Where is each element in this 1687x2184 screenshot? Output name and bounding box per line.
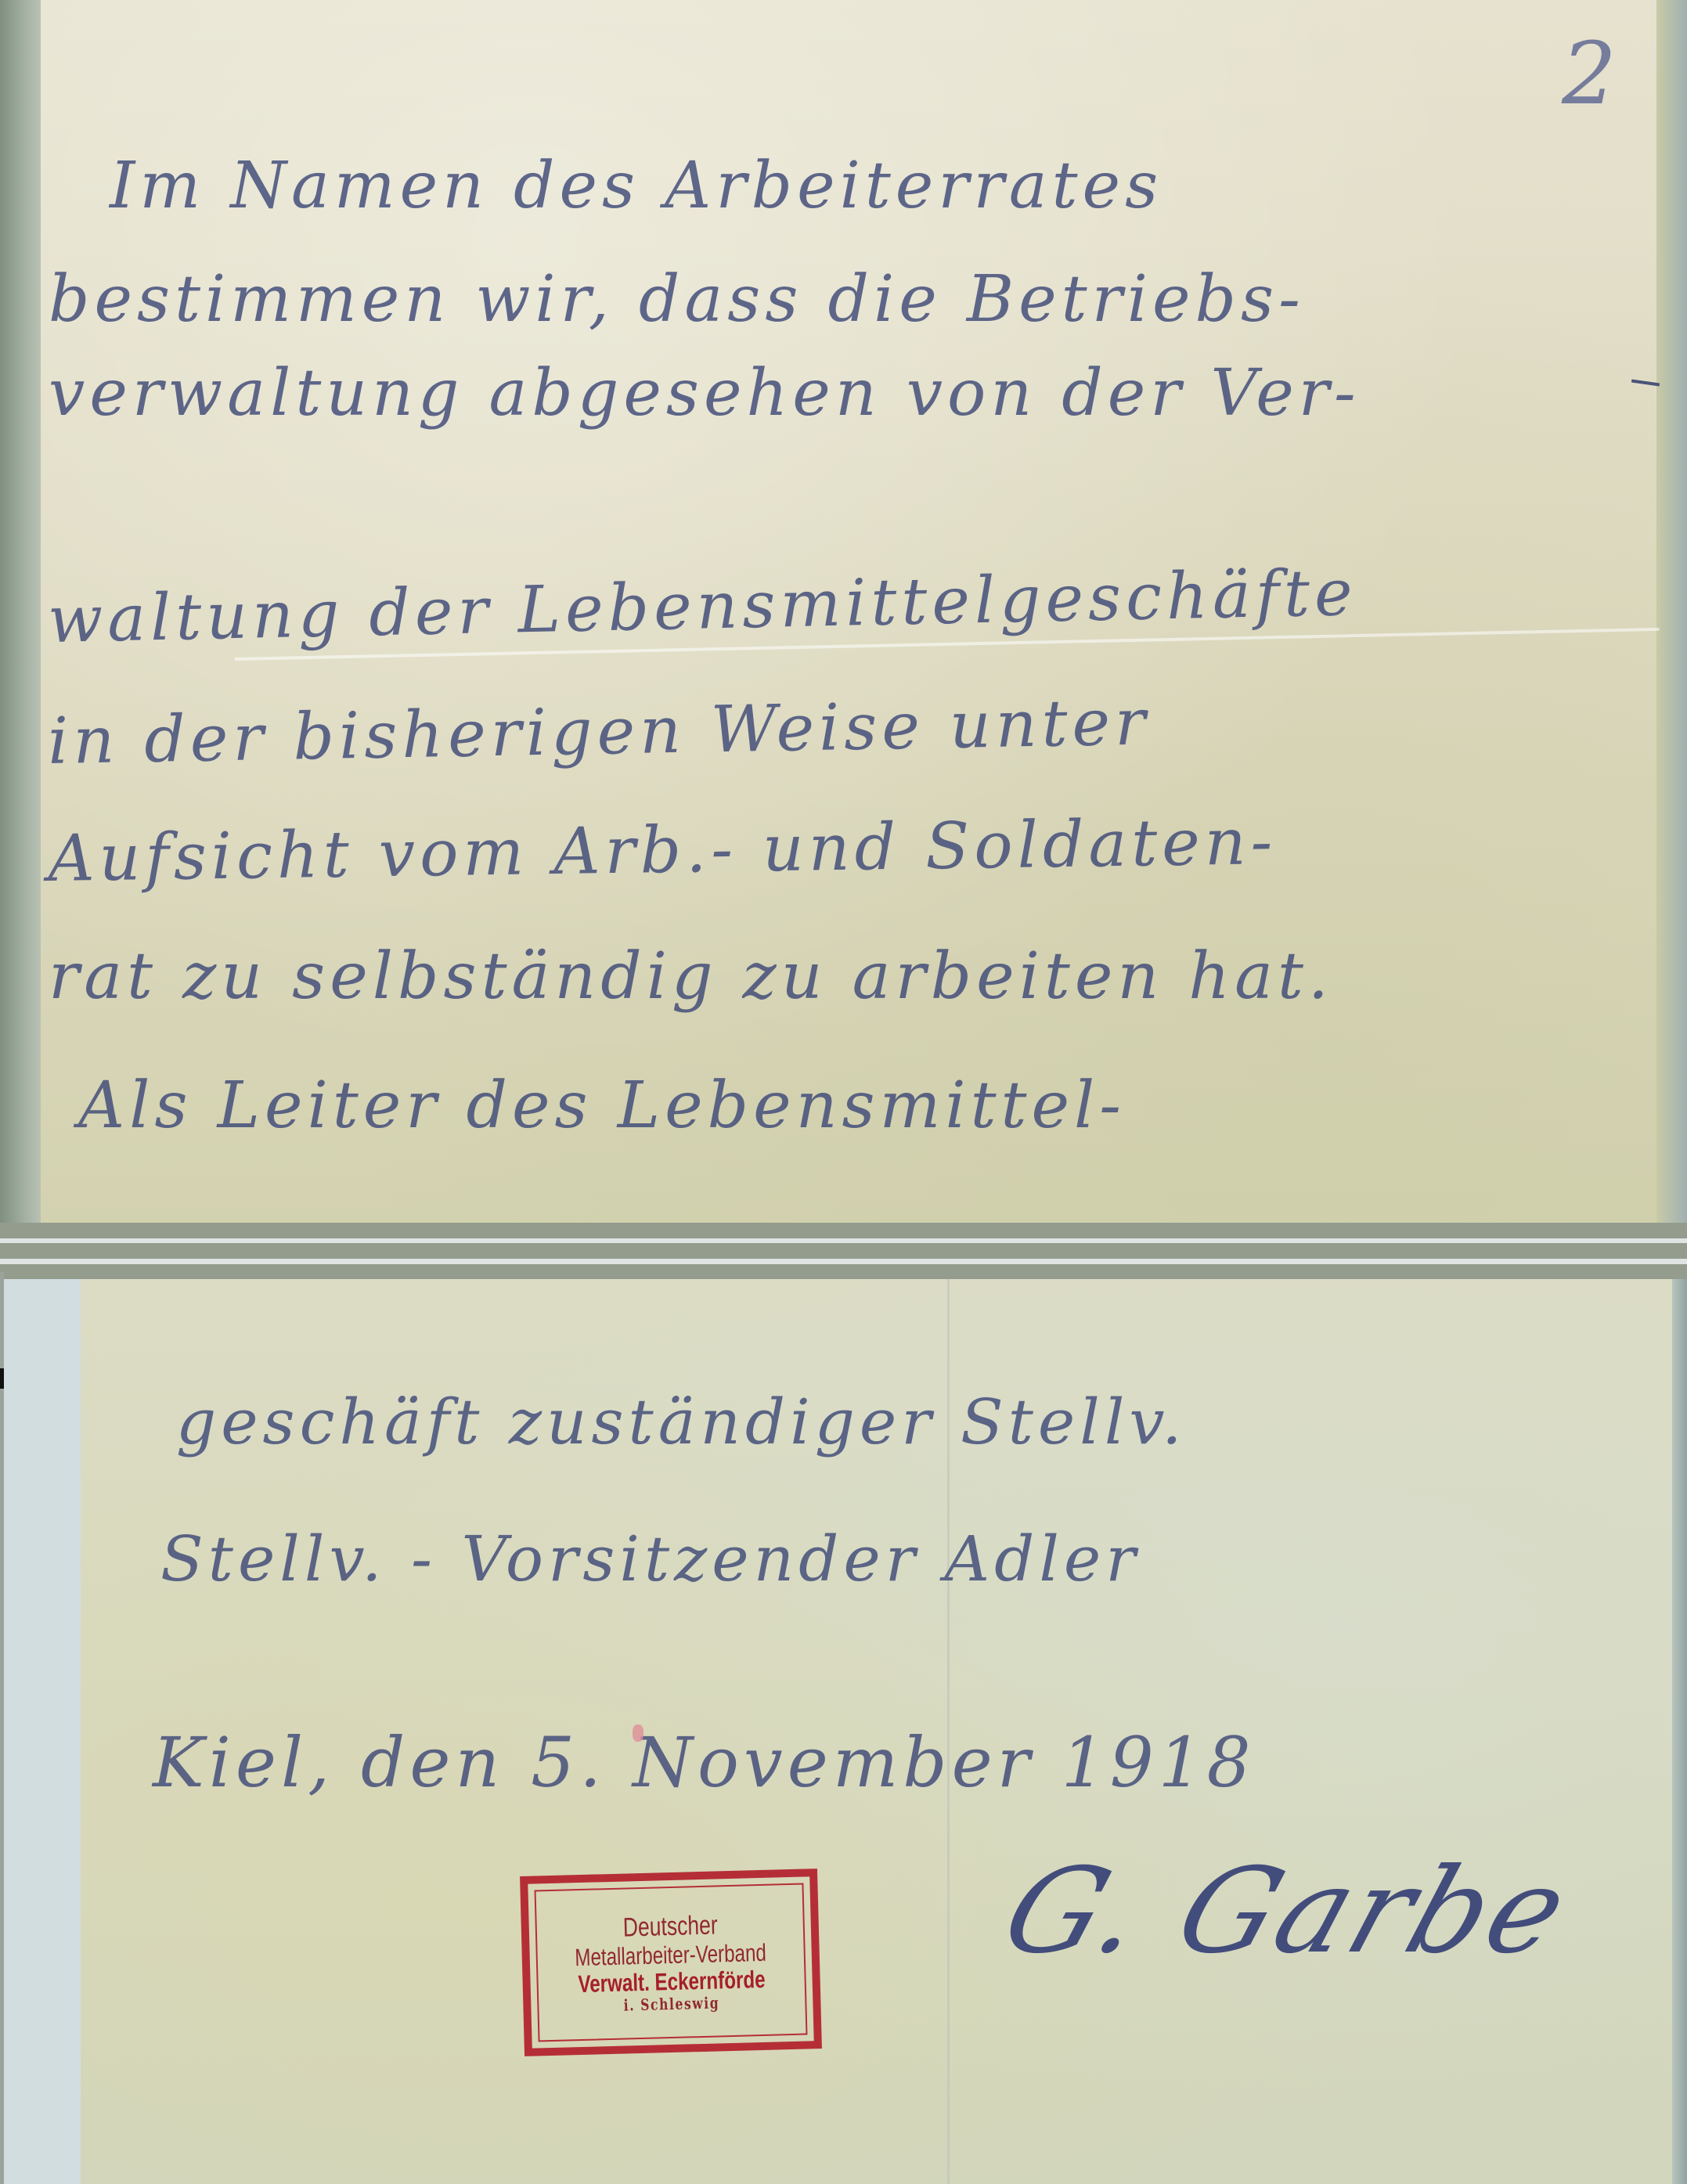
document-scan: 2 Im Namen des Arbeiterrates bestimmen w… bbox=[0, 0, 1687, 2184]
handwritten-line-7: rat zu selbständig zu arbeiten hat. bbox=[49, 939, 1333, 1014]
stamp-text-line-1: Deutscher bbox=[622, 1912, 718, 1944]
lower-sheet-margin bbox=[4, 1279, 81, 2184]
handwritten-line-3: verwaltung abgesehen von der Ver- bbox=[49, 356, 1361, 431]
separator-band bbox=[0, 1264, 1687, 1279]
union-stamp: Deutscher Metallarbeiter-Verband Verwalt… bbox=[520, 1869, 822, 2056]
stamp-inner-frame: Deutscher Metallarbeiter-Verband Verwalt… bbox=[535, 1883, 808, 2042]
handwritten-line-1: Im Namen des Arbeiterrates bbox=[110, 149, 1163, 223]
separator-band bbox=[0, 1223, 1687, 1238]
page-number: 2 bbox=[1562, 23, 1617, 124]
stamp-text-line-3: Verwalt. Eckernförde bbox=[578, 1966, 766, 1998]
handwritten-line-10: Stellv. - Vorsitzender Adler bbox=[160, 1523, 1141, 1595]
lower-sheet-right-edge bbox=[1672, 1279, 1687, 2184]
handwritten-line-2: bestimmen wir, dass die Betriebs- bbox=[49, 262, 1305, 337]
separator-band bbox=[0, 1243, 1687, 1259]
date-line: Kiel, den 5. November 1918 bbox=[153, 1722, 1256, 1803]
signature: G. Garbe bbox=[988, 1843, 1586, 1980]
mount-left-edge bbox=[0, 0, 41, 1223]
red-ink-mark bbox=[633, 1724, 643, 1742]
stamp-text-line-4: i. Schleswig bbox=[624, 1994, 720, 2013]
handwritten-line-9: geschäft zuständiger Stellv. bbox=[176, 1386, 1187, 1458]
handwritten-line-8: Als Leiter des Lebensmittel- bbox=[78, 1069, 1126, 1143]
upper-sheet-right-edge bbox=[1656, 0, 1687, 1223]
separator-gap bbox=[0, 1259, 1687, 1264]
